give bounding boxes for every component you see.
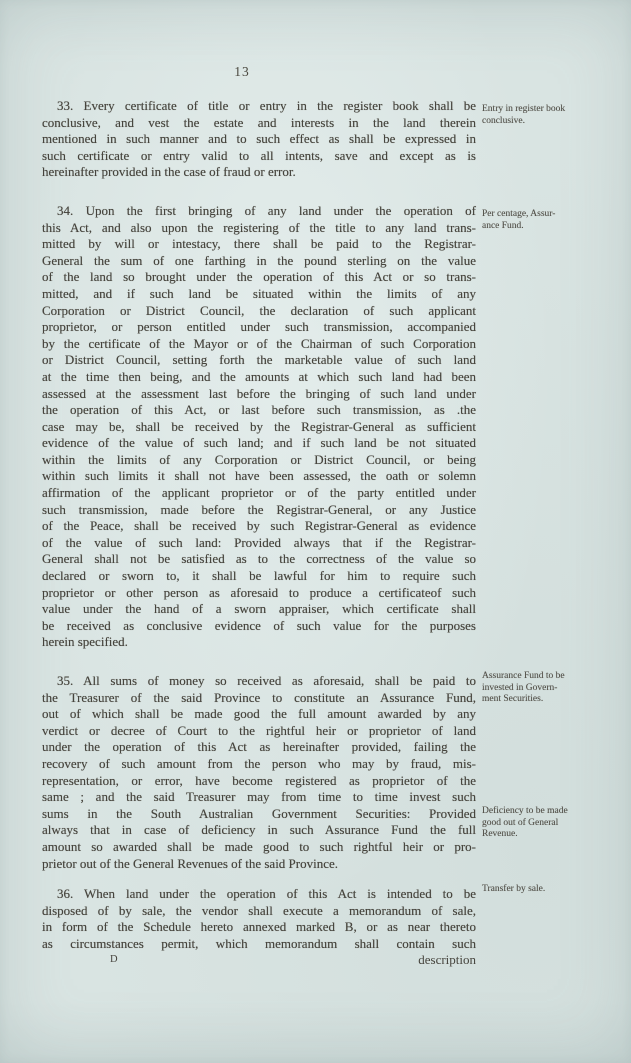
body-line: be received as conclusive evidence of su…	[42, 618, 476, 635]
section-paragraph-36: 36. When land under the operation of thi…	[42, 886, 476, 952]
margin-note-line: Entry in register book	[482, 104, 622, 116]
margin-note-line: Deficiency to be made	[482, 806, 622, 818]
body-line: as circumstances permit, which memorandu…	[42, 936, 476, 953]
body-line: of the value of such land: Provided alwa…	[42, 535, 476, 552]
margin-note-line: Per centage, Assur-	[482, 209, 622, 221]
margin-note: Per centage, Assur-ance Fund.	[482, 209, 622, 232]
section-paragraph-34: 34. Upon the first bringing of any land …	[42, 203, 476, 651]
margin-note-line: invested in Govern-	[482, 683, 622, 695]
body-line: 34. Upon the first bringing of any land …	[42, 203, 476, 220]
body-line: declared or sworn to, it shall be lawful…	[42, 568, 476, 585]
document-page: 13 33. Every certificate of title or ent…	[0, 0, 631, 1063]
body-line: within the limits of any Corporation or …	[42, 452, 476, 469]
body-line: mitted, and if such land be situated wit…	[42, 286, 476, 303]
footer-line: D description	[42, 952, 476, 970]
page-number: 13	[0, 64, 484, 80]
body-line: assessed at the assessment last before t…	[42, 386, 476, 403]
margin-note: Deficiency to be madegood out of General…	[482, 806, 622, 841]
body-line: within such limits it shall not have bee…	[42, 468, 476, 485]
body-line: verdict or decree of Court to the rightf…	[42, 723, 476, 740]
body-line: disposed of by sale, the vendor shall ex…	[42, 903, 476, 920]
section-paragraph-33: 33. Every certificate of title or entry …	[42, 98, 476, 181]
body-line: the Treasurer of the said Province to co…	[42, 690, 476, 707]
body-line: proprietor, or person entitled under suc…	[42, 319, 476, 336]
body-line: in form of the Schedule hereto annexed m…	[42, 919, 476, 936]
body-line: General the sum of one farthing in the p…	[42, 253, 476, 270]
body-line: always that in case of deficiency in suc…	[42, 822, 476, 839]
body-line: of the Peace, shall be received by such …	[42, 518, 476, 535]
body-line: 36. When land under the operation of thi…	[42, 886, 476, 903]
body-line: mitted by will or intestacy, there shall…	[42, 236, 476, 253]
body-line: such transmission, made before the Regis…	[42, 502, 476, 519]
body-line: this Act, and also upon the registering …	[42, 220, 476, 237]
margin-note: Entry in register bookconclusive.	[482, 104, 622, 127]
margin-note-line: good out of General	[482, 818, 622, 830]
margin-note-line: conclusive.	[482, 116, 622, 128]
margin-note-line: ment Securities.	[482, 694, 622, 706]
margin-note-line: Transfer by sale.	[482, 884, 622, 896]
body-line: such certificate or entry valid to all i…	[42, 148, 476, 165]
body-line: same ; and the said Treasurer may from t…	[42, 789, 476, 806]
body-line: evidence of the value of such land; and …	[42, 435, 476, 452]
body-line: under the operation of this Act as herei…	[42, 739, 476, 756]
body-line: General shall not be satisfied as to the…	[42, 551, 476, 568]
body-line: 35. All sums of money so received as afo…	[42, 673, 476, 690]
margin-note: Transfer by sale.	[482, 884, 622, 896]
margin-notes-column: Entry in register bookconclusive.Per cen…	[482, 0, 624, 1063]
body-line: 33. Every certificate of title or entry …	[42, 98, 476, 115]
body-line: the operation of this Act, or last befor…	[42, 402, 476, 419]
body-line: prietor out of the General Revenues of t…	[42, 856, 476, 873]
body-line: recovery of such amount from the person …	[42, 756, 476, 773]
section-paragraph-35: 35. All sums of money so received as afo…	[42, 673, 476, 872]
catchword: description	[418, 952, 476, 968]
margin-note: Assurance Fund to beinvested in Govern-m…	[482, 671, 622, 706]
body-line: affirmation of the applicant proprietor …	[42, 485, 476, 502]
body-line: herein specified.	[42, 634, 476, 651]
body-text-column: 33. Every certificate of title or entry …	[42, 98, 476, 953]
margin-note-line: Assurance Fund to be	[482, 671, 622, 683]
body-line: value under the hand of a sworn appraise…	[42, 601, 476, 618]
body-line: or District Council, setting forth the m…	[42, 352, 476, 369]
body-line: by the certificate of the Mayor or of th…	[42, 336, 476, 353]
margin-note-line: ance Fund.	[482, 221, 622, 233]
body-line: case may be, shall be received by the Re…	[42, 419, 476, 436]
body-line: representation, or error, have become re…	[42, 773, 476, 790]
body-line: sums in the South Australian Government …	[42, 806, 476, 823]
body-line: proprietor or other person as aforesaid …	[42, 585, 476, 602]
body-line: mentioned in such manner and to such eff…	[42, 131, 476, 148]
body-line: conclusive, and vest the estate and inte…	[42, 115, 476, 132]
body-line: of the land so brought under the operati…	[42, 269, 476, 286]
margin-note-line: Revenue.	[482, 829, 622, 841]
body-line: at the time then being, and the amounts …	[42, 369, 476, 386]
body-line: Corporation or District Council, the dec…	[42, 303, 476, 320]
body-line: amount so awarded shall be made good to …	[42, 839, 476, 856]
printer-signature-mark: D	[110, 954, 118, 965]
body-line: out of which shall be made good the full…	[42, 706, 476, 723]
body-line: hereinafter provided in the case of frau…	[42, 164, 476, 181]
